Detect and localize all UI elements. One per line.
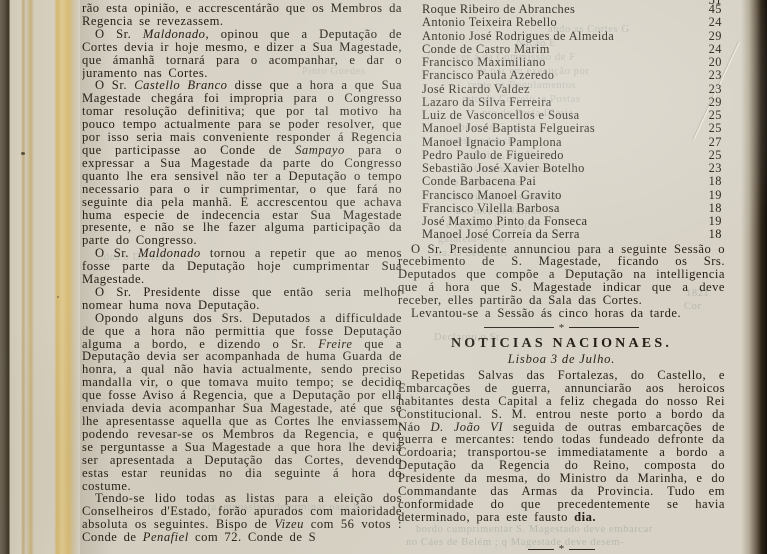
vote-row: Conde Barbacena Pai18 bbox=[422, 175, 722, 188]
text-segment: O Sr. bbox=[95, 78, 134, 92]
text-segment: O Sr. bbox=[95, 27, 143, 41]
vote-count: 19 bbox=[709, 215, 722, 228]
vote-count: 24 bbox=[709, 43, 722, 56]
vote-name: Antonio José Rodrigues de Almeida bbox=[422, 30, 614, 43]
text-segment: O Sr. bbox=[95, 246, 138, 260]
vote-count: 20 bbox=[709, 56, 722, 69]
text-segment: O Sr. Presidente disse que então seria m… bbox=[82, 285, 402, 312]
vote-count: 27 bbox=[709, 136, 722, 149]
paragraph: Levantou-se a Sessão ás cinco horas da t… bbox=[398, 307, 725, 320]
text-segment: Sampayo bbox=[295, 143, 345, 157]
vote-name: Sebastião José Xavier Botelho bbox=[422, 162, 585, 175]
book-fore-edge bbox=[741, 0, 767, 554]
vote-count: 18 bbox=[709, 228, 722, 241]
vote-row: Roque Ribeiro de Abranches45 bbox=[422, 3, 722, 16]
vote-row: José Maximo Pinto da Fonseca19 bbox=[422, 215, 722, 228]
paper-speck bbox=[21, 152, 25, 155]
paragraph: O Sr. Presidente annunciou para a seguin… bbox=[398, 243, 725, 308]
paragraph: O Sr. Presidente disse que então seria m… bbox=[82, 286, 402, 312]
vote-row: Manoel José Baptista Felgueiras25 bbox=[422, 122, 722, 135]
paragraph: Repetidas Salvas das Fortalezas, do Cast… bbox=[398, 369, 725, 524]
vote-name: Luiz de Vasconcellos e Sousa bbox=[422, 109, 580, 122]
vote-count: 23 bbox=[709, 83, 722, 96]
vote-count: 18 bbox=[709, 202, 722, 215]
text-segment: O Sr. Presidente annunciou para a seguin… bbox=[398, 242, 725, 308]
vote-row: Antonio Teixeira Rebello24 bbox=[422, 16, 722, 29]
vote-name: Francisco Paula Azeredo bbox=[422, 69, 554, 82]
vote-name: Manoel José Correia da Serra bbox=[422, 228, 580, 241]
text-segment: D. João VI bbox=[430, 420, 503, 434]
vote-name: Roque Ribeiro de Abranches bbox=[422, 3, 575, 16]
vote-name: Manoel Ignacio Pamplona bbox=[422, 136, 562, 149]
text-segment: Maldonado bbox=[138, 246, 201, 260]
text-segment: Penafiel bbox=[143, 530, 189, 544]
vote-row: Francisco Manoel Gravito19 bbox=[422, 189, 722, 202]
bleedthrough-text: bordo cumprimentar S. Magestado deve emb… bbox=[416, 524, 653, 535]
vote-row: Sebastião José Xavier Botelho23 bbox=[422, 162, 722, 175]
vote-row: Conde de Castro Marim24 bbox=[422, 43, 722, 56]
vote-row: José Ricardo Valdez23 bbox=[422, 83, 722, 96]
vote-count: 24 bbox=[709, 16, 722, 29]
vote-name: Antonio Teixeira Rebello bbox=[422, 16, 557, 29]
paragraph: O Sr. Maldonado, opinou que a Deputação … bbox=[82, 28, 402, 80]
vote-row: Luiz de Vasconcellos e Sousa25 bbox=[422, 109, 722, 122]
vote-name: José Maximo Pinto da Fonseca bbox=[422, 215, 587, 228]
book-binding-edge bbox=[0, 0, 80, 554]
text-segment: Castello Branco bbox=[134, 78, 227, 92]
vote-name: Manoel José Baptista Felgueiras bbox=[422, 122, 595, 135]
divider-line bbox=[528, 549, 554, 550]
vote-row: Francisco Vilella Barbosa18 bbox=[422, 202, 722, 215]
vote-count: 19 bbox=[709, 189, 722, 202]
vote-count: 23 bbox=[709, 69, 722, 82]
text-segment: Vizeu bbox=[274, 517, 304, 531]
left-column: que aocPinto Guedesodos o Decretoera imp… bbox=[82, 2, 402, 554]
paragraph: Opondo alguns dos Srs. Deputados a diffi… bbox=[82, 312, 402, 493]
vote-name: Pedro Paulo de Figueiredo bbox=[422, 149, 564, 162]
divider-line bbox=[484, 327, 554, 328]
vote-count: 23 bbox=[709, 162, 722, 175]
asterisk-ornament: * bbox=[559, 326, 565, 330]
vote-row: Lazaro da Silva Ferreira29 bbox=[422, 96, 722, 109]
vote-count: 29 bbox=[709, 96, 722, 109]
asterisk-ornament: * bbox=[559, 547, 565, 551]
paragraph: rão esta opinião, e accrescentárão que o… bbox=[82, 2, 402, 28]
news-paragraphs: Repetidas Salvas das Fortalezas, do Cast… bbox=[398, 369, 725, 524]
vote-row: Francisco Maximiliano20 bbox=[422, 56, 722, 69]
vote-row: Antonio José Rodrigues de Almeida29 bbox=[422, 30, 722, 43]
vote-name: José Ricardo Valdez bbox=[422, 83, 530, 96]
vote-name: Francisco Maximiliano bbox=[422, 56, 546, 69]
vote-count: 25 bbox=[709, 149, 722, 162]
section-divider: * bbox=[398, 322, 725, 334]
text-segment: Freire bbox=[318, 337, 352, 351]
text-segment: Maldonado bbox=[143, 27, 206, 41]
vote-row: Francisco Paula Azeredo23 bbox=[422, 69, 722, 82]
vote-count: 29 bbox=[709, 30, 722, 43]
bottom-divider: * bbox=[398, 543, 725, 554]
session-paragraphs: O Sr. Presidente annunciou para a seguin… bbox=[398, 243, 725, 320]
news-dateline: Lisboa 3 de Julho. bbox=[398, 352, 725, 367]
vote-name: Francisco Manoel Gravito bbox=[422, 189, 562, 202]
divider-line bbox=[569, 327, 639, 328]
text-segment: para o expressar a Sua Magestade da part… bbox=[82, 143, 402, 247]
vote-count: 25 bbox=[709, 109, 722, 122]
vote-list: 31 Roque Ribeiro de Abranches45Antonio T… bbox=[398, 0, 725, 243]
right-column: ando as Cortes GNação Ecer á da Commissã… bbox=[398, 0, 725, 554]
vote-count: 25 bbox=[709, 122, 722, 135]
text-segment: com 72. Conde de S bbox=[189, 530, 316, 544]
clipped-vote-count: 31 bbox=[709, 0, 722, 8]
vote-name: Francisco Vilella Barbosa bbox=[422, 202, 560, 215]
paragraph: Tendo-se lido todas as listas para a ele… bbox=[82, 492, 402, 544]
vote-row: Pedro Paulo de Figueiredo25 bbox=[422, 149, 722, 162]
text-segment: Levantou-se a Sessão ás cinco horas da t… bbox=[411, 306, 681, 320]
vote-count: 18 bbox=[709, 175, 722, 188]
vote-name: Lazaro da Silva Ferreira bbox=[422, 96, 552, 109]
vote-name: Conde de Castro Marim bbox=[422, 43, 550, 56]
paragraph: O Sr. Castello Branco disse que a hora a… bbox=[82, 79, 402, 247]
vote-row: Manoel José Correia da Serra18 bbox=[422, 228, 722, 241]
text-segment: rão esta opinião, e accrescentárão que o… bbox=[82, 2, 402, 28]
text-segment: dia. bbox=[574, 510, 596, 524]
paper-speck bbox=[57, 296, 59, 298]
news-section-heading: NOTICIAS NACIONAES. bbox=[398, 336, 725, 352]
divider-line bbox=[569, 549, 595, 550]
vote-row: Manoel Ignacio Pamplona27 bbox=[422, 136, 722, 149]
scanned-page: que aocPinto Guedesodos o Decretoera imp… bbox=[0, 0, 767, 554]
text-segment: seguida de outras embarcações de guerra … bbox=[398, 420, 725, 524]
left-column-text: rão esta opinião, e accrescentárão que o… bbox=[82, 2, 402, 544]
vote-name: Conde Barbacena Pai bbox=[422, 175, 536, 188]
text-segment: que a Deputação devia ser acompanhada de… bbox=[82, 337, 402, 493]
paragraph: O Sr. Maldonado tornou a repetir que ao … bbox=[82, 247, 402, 286]
